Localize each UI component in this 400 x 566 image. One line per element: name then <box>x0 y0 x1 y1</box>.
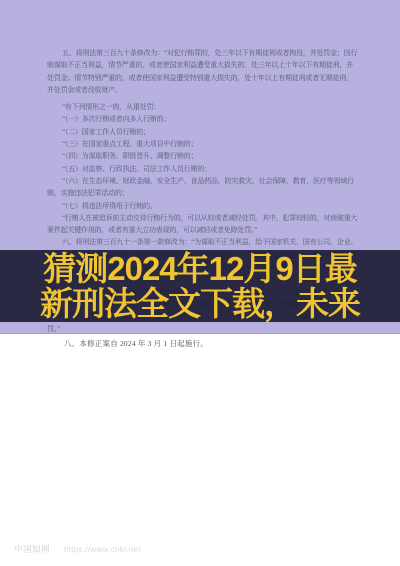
closing-line: 八、本修正案自 2024 年 3 月 1 日起施行。 <box>47 338 373 350</box>
doc-line: 贿谋取不正当利益，情节严重的，或者使国家利益遭受重大损失的，处三年以上十年以下有… <box>47 59 373 71</box>
doc-line: “（五）对监察、行政执法、司法工作人员行贿的； <box>47 163 373 175</box>
doc-line: 五、将刑法第三百九十条修改为：“对犯行贿罪的，处三年以下有期徒刑或者拘役，并处罚… <box>47 47 373 59</box>
doc-line: “有下列情形之一的，从重处罚： <box>47 101 373 113</box>
doc-line: “（六）在生态环境、财政金融、安全生产、食品药品、防灾救灾、社会保障、教育、医疗… <box>47 175 373 187</box>
doc-line: 罚。” <box>47 323 373 334</box>
doc-line: 六、将刑法第三百九十一条第一款修改为：“为谋取不正当利益，给予国家机关、国有公司… <box>47 236 373 248</box>
doc-line: 案件起关键作用的，或者有重大立功表现的，可以减轻或者免除处罚。” <box>47 224 373 236</box>
doc-line: “（四）为谋取职务、职级晋升、调整行贿的； <box>47 150 373 162</box>
watermark-url: https://www.cnki.net <box>64 545 141 554</box>
doc-line: “（二）国家工作人员行贿的； <box>47 126 373 138</box>
doc-line: 并处罚金或者没收财产。 <box>47 84 373 96</box>
watermark: 中国知网 https://www.cnki.net <box>14 543 141 555</box>
doc-line: 贿，实施违法犯罪活动的； <box>47 187 373 199</box>
doc-line: 处罚金；情节特别严重的，或者使国家利益遭受特别重大损失的，处十年以上有期徒刑或者… <box>47 72 373 84</box>
doc-line: “（三）在国家重点工程、重大项目中行贿的； <box>47 138 373 150</box>
doc-line: “（七）将违法所得用于行贿的。 <box>47 200 373 212</box>
headline-line-1: 猜测2024年12月9日最 <box>43 251 356 286</box>
watermark-site-name: 中国知网 <box>14 543 50 555</box>
doc-line: “（一）多次行贿或者向多人行贿的； <box>47 113 373 125</box>
page: 五、将刑法第三百九十条修改为：“对犯行贿罪的，处三年以下有期徒刑或者拘役，并处罚… <box>0 0 400 566</box>
headline-line-2: 新刑法全文下载，未来 <box>40 286 360 321</box>
doc-line: “行贿人在被追诉前主动交待行贿行为的，可以从轻或者减轻处罚。其中，犯罪较轻的，对… <box>47 212 373 224</box>
headline-banner: 猜测2024年12月9日最 新刑法全文下载，未来 <box>0 250 400 322</box>
